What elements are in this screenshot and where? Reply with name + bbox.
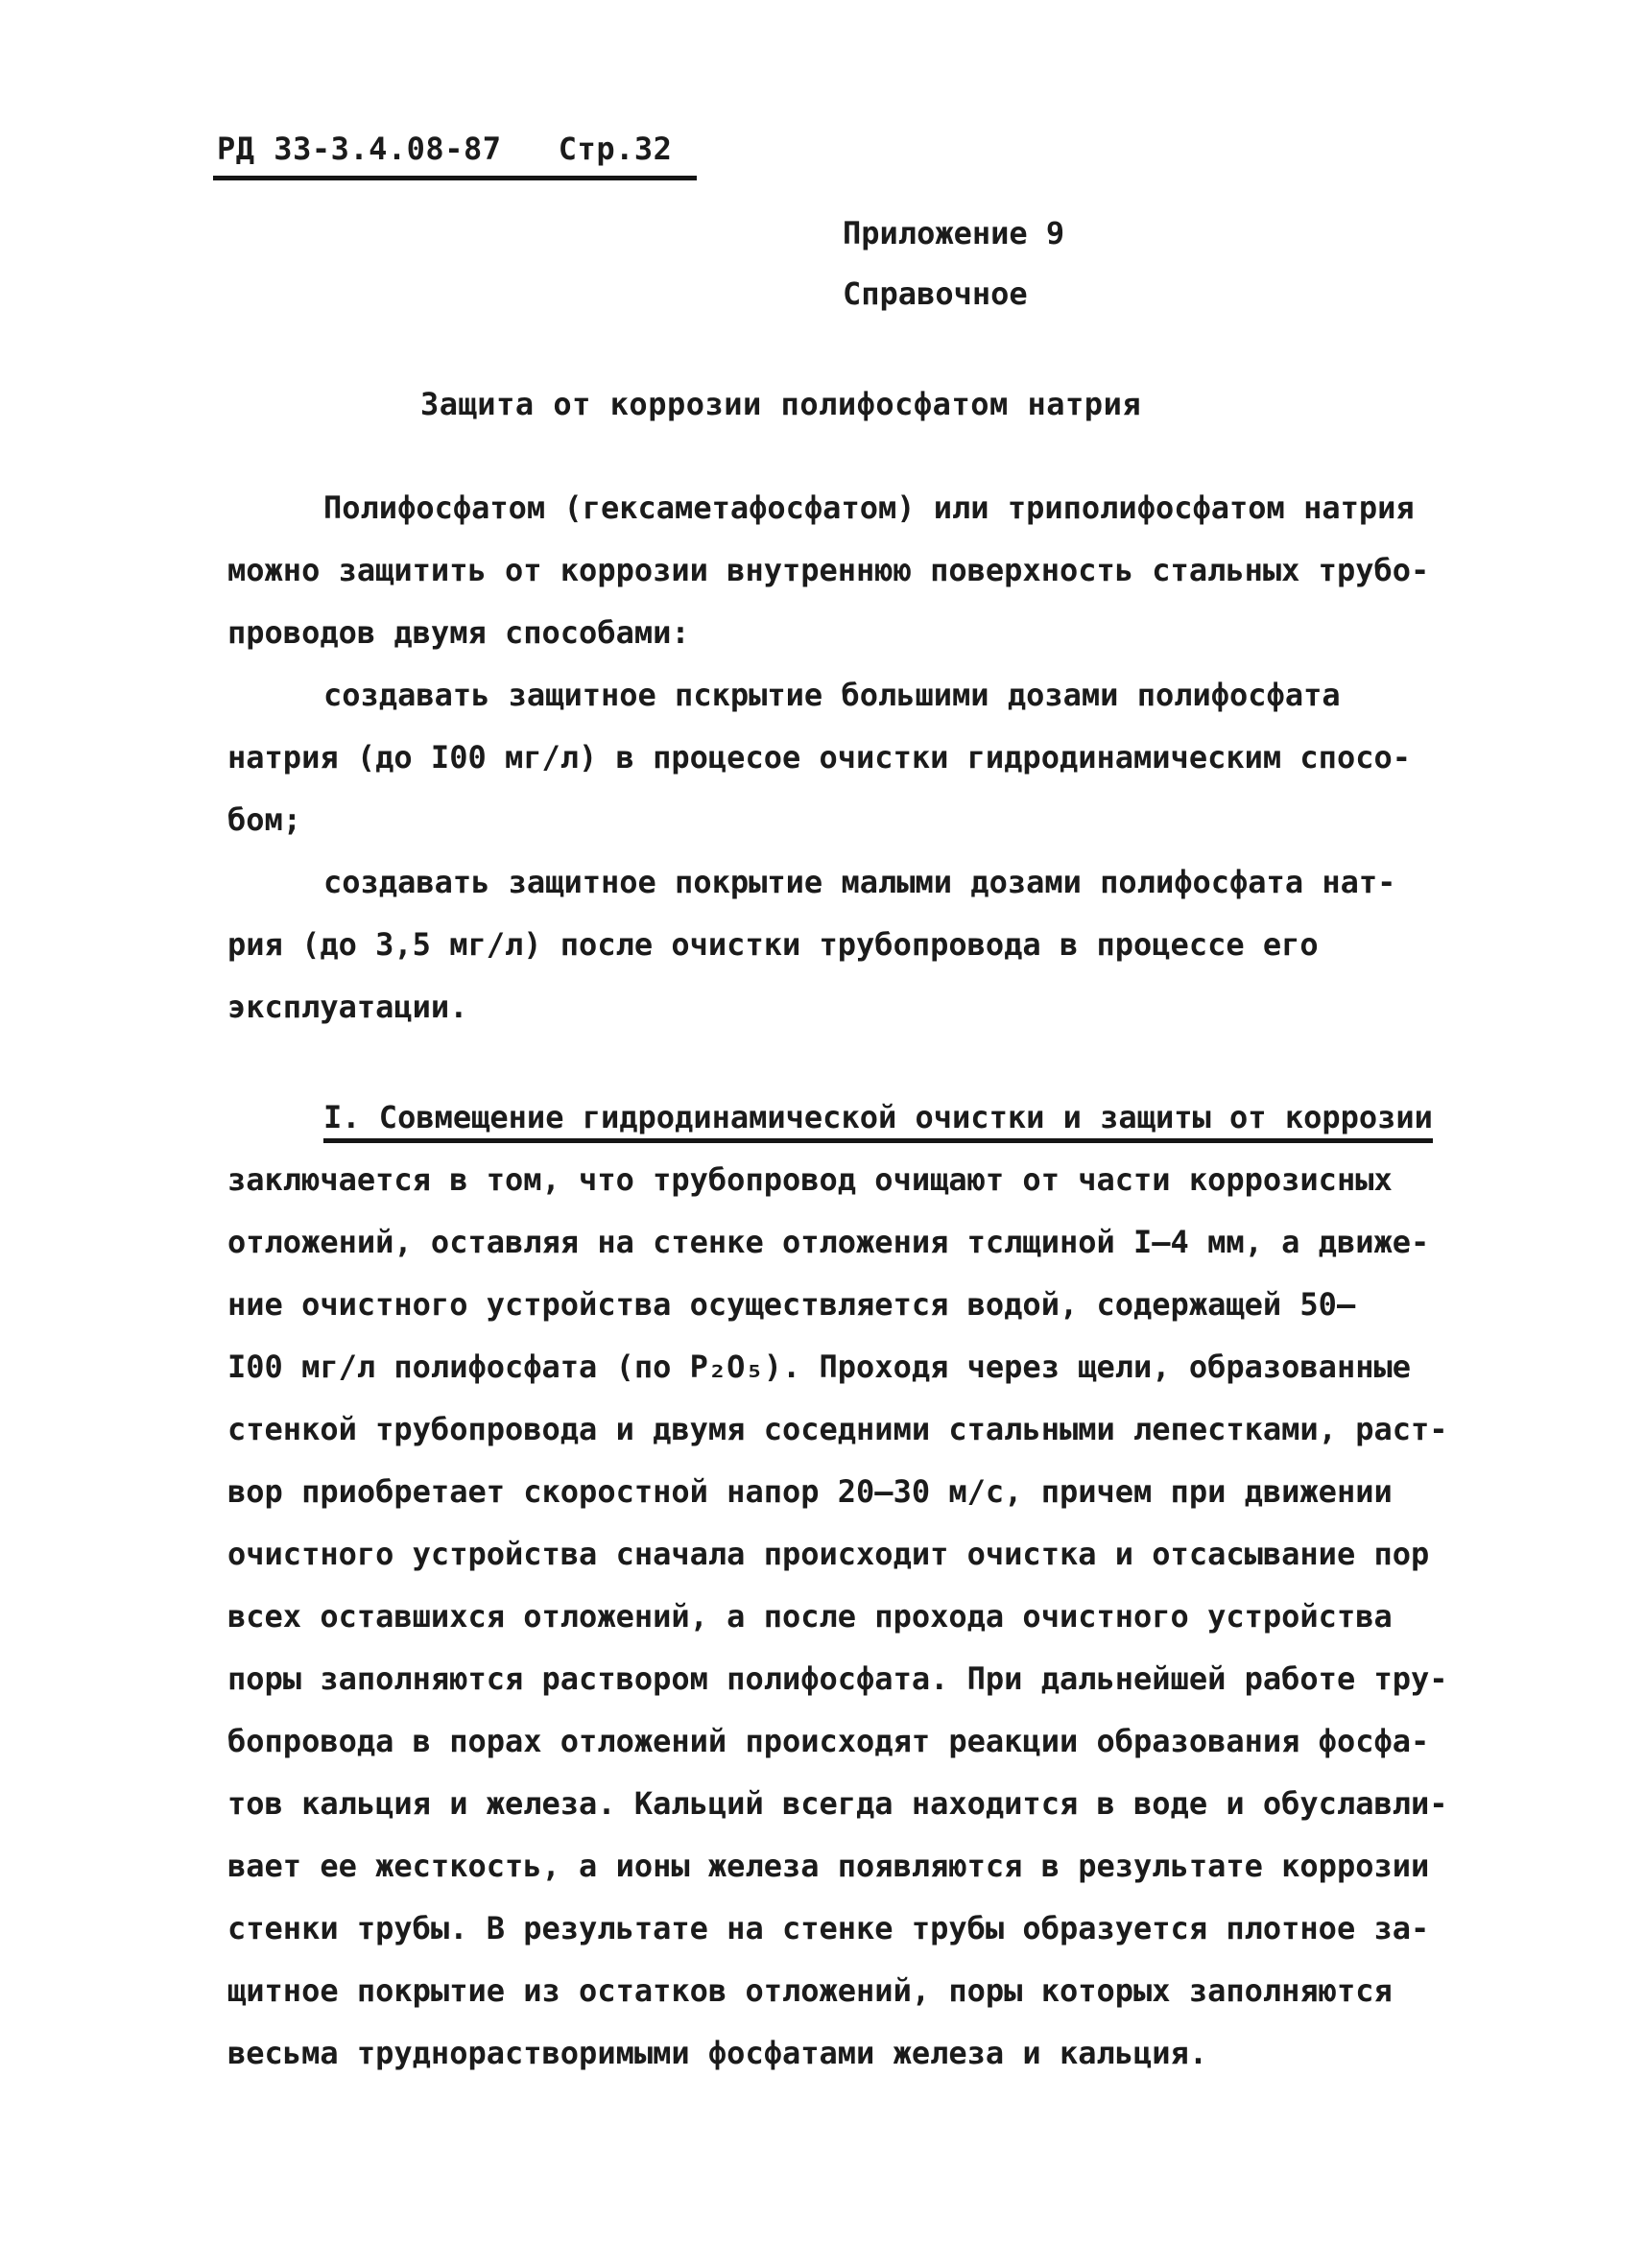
intro-paragraph-2: создавать защитное пскрытие большими доз… xyxy=(227,664,1513,851)
section-heading-text: I. Совмещение гидродинамической очистки … xyxy=(323,1099,1433,1143)
paragraph-line: бом; xyxy=(227,789,1513,851)
paragraph-line: проводов двумя способами: xyxy=(227,602,1513,664)
section-line: щитное покрытие из остатков отложений, п… xyxy=(227,1960,1513,2022)
section-line: ние очистного устройства осуществляется … xyxy=(227,1274,1513,1336)
section-line: вает ее жесткость, а ионы железа появляю… xyxy=(227,1835,1513,1898)
section-line: вор приобретает скоростной напор 20–30 м… xyxy=(227,1461,1513,1523)
section-line: бопровода в порах отложений происходят р… xyxy=(227,1710,1513,1773)
paragraph-line: можно защитить от коррозии внутреннюю по… xyxy=(227,539,1513,602)
section-1: I. Совмещение гидродинамической очистки … xyxy=(227,1086,1513,2085)
section-line: заключается в том, что трубопровод очища… xyxy=(227,1149,1513,1211)
section-line: I00 мг/л полифосфата (по P₂O₅). Проходя … xyxy=(227,1336,1513,1398)
annex-label: Приложение 9 xyxy=(843,203,1064,264)
section-line: стенки трубы. В результате на стенке тру… xyxy=(227,1898,1513,1960)
document-title: Защита от коррозии полифосфатом натрия xyxy=(420,386,1141,422)
paragraph-line: натрия (до I00 мг/л) в процесое очистки … xyxy=(227,727,1513,789)
paragraph-line: эксплуатации. xyxy=(227,976,1513,1039)
paragraph-line: рия (до 3,5 мг/л) после очистки трубопро… xyxy=(227,914,1513,976)
section-line: тов кальция и железа. Кальций всегда нах… xyxy=(227,1773,1513,1835)
annex-kind: Справочное xyxy=(843,264,1064,324)
paragraph-line: создавать защитное покрытие малыми дозам… xyxy=(227,851,1513,914)
intro-paragraph-1: Полифосфатом (гексаметафосфатом) или три… xyxy=(227,477,1513,664)
scanned-document-page: РД 33-3.4.08-87 Стр.32 Приложение 9 Спра… xyxy=(0,0,1644,2268)
paragraph-line: Полифосфатом (гексаметафосфатом) или три… xyxy=(227,477,1513,539)
section-line: стенкой трубопровода и двумя соседними с… xyxy=(227,1398,1513,1461)
section-line: весьма труднорастворимыми фосфатами желе… xyxy=(227,2022,1513,2085)
section-line: очистного устройства сначала происходит … xyxy=(227,1523,1513,1586)
document-body: Полифосфатом (гексаметафосфатом) или три… xyxy=(227,477,1513,2085)
section-line: отложений, оставляя на стенке отложения … xyxy=(227,1211,1513,1274)
paragraph-line: создавать защитное пскрытие большими доз… xyxy=(227,664,1513,727)
section-line: поры заполняются раствором полифосфата. … xyxy=(227,1648,1513,1710)
section-heading: I. Совмещение гидродинамической очистки … xyxy=(227,1086,1513,1149)
section-line: всех оставшихся отложений, а после прохо… xyxy=(227,1586,1513,1648)
page-header: РД 33-3.4.08-87 Стр.32 xyxy=(213,131,697,180)
annex-block: Приложение 9 Справочное xyxy=(843,203,1064,324)
intro-paragraph-3: создавать защитное покрытие малыми дозам… xyxy=(227,851,1513,1039)
